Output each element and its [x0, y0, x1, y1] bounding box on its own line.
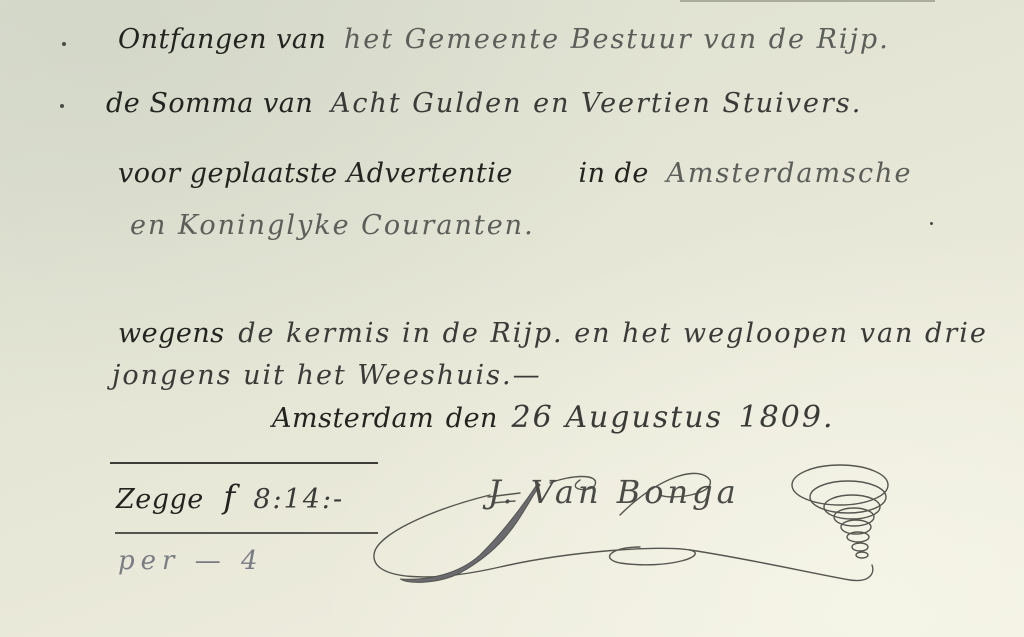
receipt-line-purpose: voor geplaatste Advertentie in de Amster…	[118, 158, 912, 189]
printed-text: in de	[578, 158, 648, 189]
receipt-document: Ontfangen van het Gemeente Bestuur van d…	[0, 0, 1024, 637]
printed-text: de Somma van	[106, 88, 313, 119]
total-note-text: per — 4	[118, 546, 264, 576]
printed-text: wegens	[118, 318, 225, 349]
total-rule-bottom	[115, 532, 378, 534]
total-rule-top	[110, 462, 378, 464]
receipt-line-newspapers: en Koninglyke Couranten.	[130, 210, 535, 241]
receipt-line-reason: wegens de kermis in de Rijp. en het wegl…	[118, 318, 988, 349]
receipt-line-received-from: Ontfangen van het Gemeente Bestuur van d…	[118, 24, 890, 55]
signature: J. Van Bonga	[370, 455, 910, 600]
total-amount: 8:14:-	[253, 484, 344, 515]
date-year: 1809.	[739, 400, 835, 435]
printed-text: voor geplaatste Advertentie	[118, 158, 513, 189]
receipt-line-reason-cont: jongens uit het Weeshuis.—	[112, 360, 542, 391]
date-month: Augustus	[565, 400, 723, 435]
currency-symbol: f	[223, 478, 235, 516]
handwritten-amount-words: Acht Gulden en Veertien Stuivers.	[331, 88, 863, 119]
handwritten-text: Amsterdamsche	[666, 158, 912, 189]
date-place: Amsterdam	[272, 403, 434, 434]
date-den: den	[446, 403, 498, 434]
dateline: Amsterdam den 26 Augustus 1809.	[272, 400, 834, 435]
top-edge-shadow	[680, 0, 935, 2]
receipt-line-sum: de Somma van Acht Gulden en Veertien Stu…	[106, 88, 862, 119]
handwritten-text: de kermis in de Rijp. en het wegloopen v…	[238, 318, 988, 349]
printed-text: Ontfangen van	[118, 24, 326, 55]
handwritten-text: en Koninglyke Couranten.	[130, 210, 535, 241]
total-note: per — 4	[118, 546, 264, 576]
ink-spot	[62, 42, 66, 46]
handwritten-text: het Gemeente Bestuur van de Rijp.	[344, 24, 890, 55]
date-day: 26	[512, 400, 554, 435]
total-label: Zegge	[116, 484, 204, 515]
ink-spot	[930, 222, 933, 225]
signature-name: J. Van Bonga	[488, 473, 740, 511]
ink-spot	[60, 104, 64, 108]
total-line: Zegge f 8:14:-	[116, 478, 344, 516]
handwritten-text: jongens uit het Weeshuis.—	[112, 360, 542, 391]
